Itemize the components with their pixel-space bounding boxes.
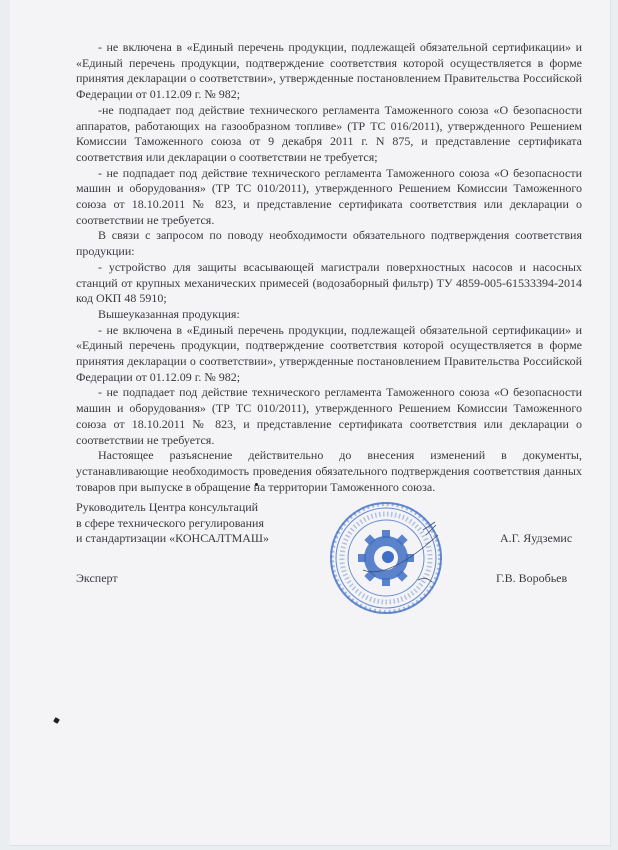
official-stamp <box>328 500 448 620</box>
document-page: - не включена в «Единый перечень продукц… <box>10 0 611 846</box>
paragraph-not-included-list-2: - не включена в «Единый перечень продукц… <box>76 323 582 386</box>
paragraph-not-included-list: - не включена в «Единый перечень продукц… <box>76 40 582 103</box>
ink-speck <box>255 483 258 486</box>
expert-title: Эксперт <box>76 571 118 587</box>
expert-name: Г.В. Воробьев <box>496 571 567 587</box>
paragraph-product-description: - устройство для защиты всасывающей маги… <box>76 260 582 307</box>
head-name: А.Г. Яудземис <box>500 531 572 547</box>
paragraph-validity: Настоящее разъяснение действительно до в… <box>76 448 582 495</box>
paragraph-tr-ts-010: - не подпадает под действие технического… <box>76 166 582 229</box>
paragraph-above-product: Вышеуказанная продукция: <box>76 307 582 323</box>
head-title: Руководитель Центра консультаций в сфере… <box>76 500 269 547</box>
stamp-seal-icon <box>328 500 448 620</box>
paragraph-tr-ts-016: -не подпадает под действие технического … <box>76 103 582 166</box>
ink-mark <box>53 717 60 724</box>
paragraph-tr-ts-010-2: - не подпадает под действие технического… <box>76 385 582 448</box>
document-body: - не включена в «Единый перечень продукц… <box>76 40 582 495</box>
paragraph-request: В связи с запросом по поводу необходимос… <box>76 228 582 259</box>
head-title-line: Руководитель Центра консультаций <box>76 500 269 516</box>
head-title-line: и стандартизации «КОНСАЛТМАШ» <box>76 531 269 547</box>
head-title-line: в сфере технического регулирования <box>76 516 269 532</box>
